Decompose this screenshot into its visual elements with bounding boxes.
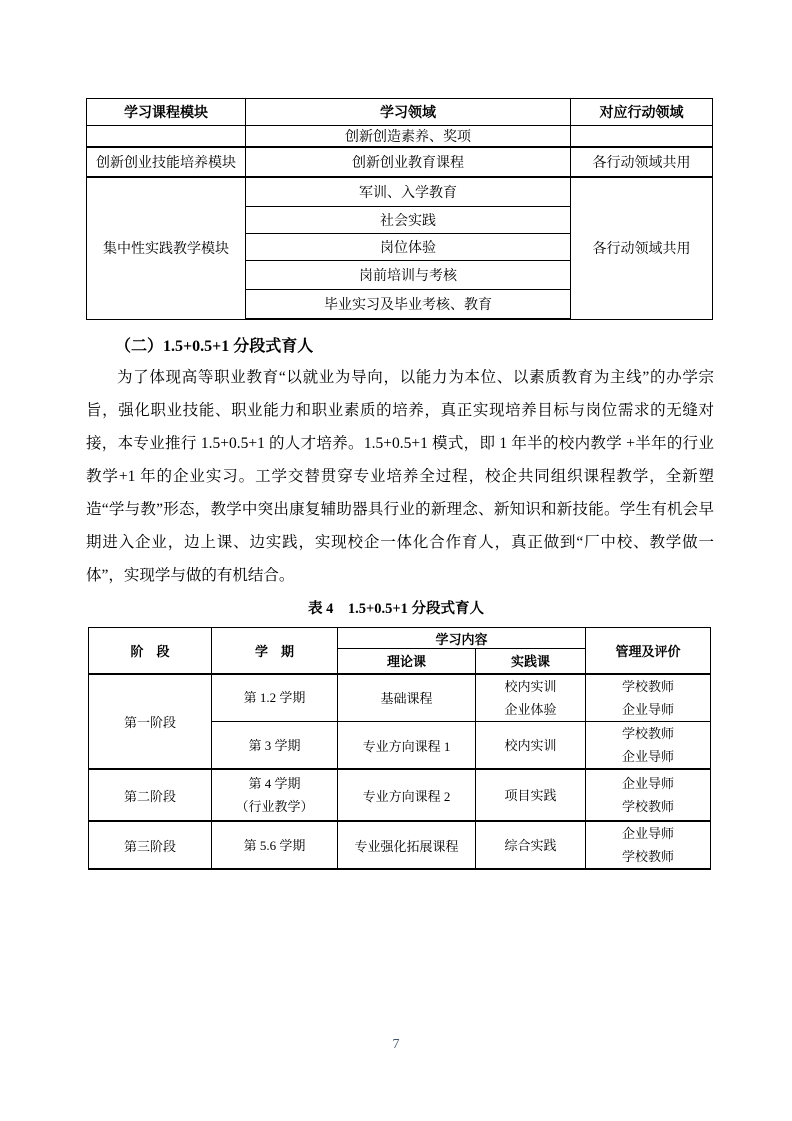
cell-line: 项目实践 (478, 784, 583, 807)
table-header-row: 学习课程模块 学习领域 对应行动领域 (87, 99, 713, 126)
table-row: 创新创造素养、奖项 (87, 126, 713, 148)
cell-line: 第 5.6 学期 (214, 834, 335, 857)
column-header-practice: 实践课 (476, 649, 586, 674)
body-paragraph: 为了体现高等职业教育“以就业为导向，以能力为本位、以素质教育为主线”的办学宗旨，… (86, 361, 714, 592)
column-header-content: 学习内容 (338, 628, 586, 649)
table-row: 第一阶段 第 1.2 学期 基础课程 校内实训 企业体验 学校教师 企业导师 (89, 674, 711, 722)
table-cell-action: 各行动领域共用 (571, 177, 713, 319)
cell-line: 企业导师 (588, 698, 708, 721)
table-row: 集中性实践教学模块 军训、入学教育 各行动领域共用 (87, 177, 713, 206)
cell-line: 综合实践 (478, 834, 583, 857)
cell-line: 学校教师 (588, 722, 708, 745)
table-cell-module: 集中性实践教学模块 (87, 177, 246, 319)
cell-line: 企业导师 (588, 745, 708, 768)
table-cell-stage: 第三阶段 (89, 821, 212, 869)
cell-line: 企业体验 (478, 698, 583, 721)
table-cell-management: 企业导师 学校教师 (586, 769, 711, 821)
cell-line: 第 1.2 学期 (214, 686, 335, 709)
table-cell-semester: 第 3 学期 (212, 722, 338, 770)
table-cell-stage: 第二阶段 (89, 769, 212, 821)
column-header-semester: 学 期 (212, 628, 338, 674)
table-cell-practice: 项目实践 (476, 769, 586, 821)
column-header-field: 学习领域 (246, 99, 571, 126)
table-cell-theory: 专业强化拓展课程 (338, 821, 476, 869)
column-header-module: 学习课程模块 (87, 99, 246, 126)
table-cell-semester: 第 5.6 学期 (212, 821, 338, 869)
page-number: 7 (0, 1037, 792, 1053)
column-header-management: 管理及评价 (586, 628, 711, 674)
table-cell-theory: 专业方向课程 1 (338, 722, 476, 770)
column-header-theory: 理论课 (338, 649, 476, 674)
table-cell-semester: 第 1.2 学期 (212, 674, 338, 722)
table-cell-theory: 基础课程 (338, 674, 476, 722)
table-cell-field: 岗位体验 (246, 233, 571, 260)
table-cell-semester: 第 4 学期 （行业教学） (212, 769, 338, 821)
cell-line: 学校教师 (588, 845, 708, 868)
table-cell-theory: 专业方向课程 2 (338, 769, 476, 821)
table-cell-practice: 校内实训 企业体验 (476, 674, 586, 722)
cell-line: 第 4 学期 (214, 772, 335, 795)
table-cell-practice: 综合实践 (476, 821, 586, 869)
cell-line: 企业导师 (588, 822, 708, 845)
column-header-action: 对应行动领域 (571, 99, 713, 126)
table-cell-field: 社会实践 (246, 206, 571, 233)
table-row: 第二阶段 第 4 学期 （行业教学） 专业方向课程 2 项目实践 企业导师 学校… (89, 769, 711, 821)
table-cell-field: 创新创造素养、奖项 (246, 126, 571, 148)
cell-line: 学校教师 (588, 795, 708, 818)
table-cell-action (571, 126, 713, 148)
table-cell-field: 创新创业教育课程 (246, 147, 571, 177)
table-row: 第三阶段 第 5.6 学期 专业强化拓展课程 综合实践 企业导师 学校教师 (89, 821, 711, 869)
course-modules-table: 学习课程模块 学习领域 对应行动领域 创新创造素养、奖项 创新创业技能培养模块 … (86, 98, 713, 320)
cell-line: （行业教学） (214, 795, 335, 818)
staged-education-table: 阶 段 学 期 学习内容 管理及评价 理论课 实践课 第一阶段 第 1.2 学期… (88, 627, 711, 870)
table-cell-management: 学校教师 企业导师 (586, 674, 711, 722)
table-cell-management: 学校教师 企业导师 (586, 722, 711, 770)
cell-line: 企业导师 (588, 772, 708, 795)
document-page: 学习课程模块 学习领域 对应行动领域 创新创造素养、奖项 创新创业技能培养模块 … (0, 0, 792, 1121)
table-cell-field: 军训、入学教育 (246, 177, 571, 206)
column-header-stage: 阶 段 (89, 628, 212, 674)
table4-caption: 表 4 1.5+0.5+1 分段式育人 (0, 600, 792, 618)
table-header-row: 阶 段 学 期 学习内容 管理及评价 (89, 628, 711, 649)
table-cell-stage: 第一阶段 (89, 674, 212, 770)
cell-line: 学校教师 (588, 675, 708, 698)
table-cell-action: 各行动领域共用 (571, 147, 713, 177)
table-cell-practice: 校内实训 (476, 722, 586, 770)
table-cell-management: 企业导师 学校教师 (586, 821, 711, 869)
table-cell-field: 岗前培训与考核 (246, 260, 571, 289)
table-cell-module (87, 126, 246, 148)
table-cell-field: 毕业实习及毕业考核、教育 (246, 289, 571, 319)
cell-line: 第 3 学期 (214, 734, 335, 757)
cell-line: 校内实训 (478, 675, 583, 698)
section-heading: （二）1.5+0.5+1 分段式育人 (86, 334, 713, 360)
table-cell-module: 创新创业技能培养模块 (87, 147, 246, 177)
cell-line: 校内实训 (478, 734, 583, 757)
table-row: 创新创业技能培养模块 创新创业教育课程 各行动领域共用 (87, 147, 713, 177)
